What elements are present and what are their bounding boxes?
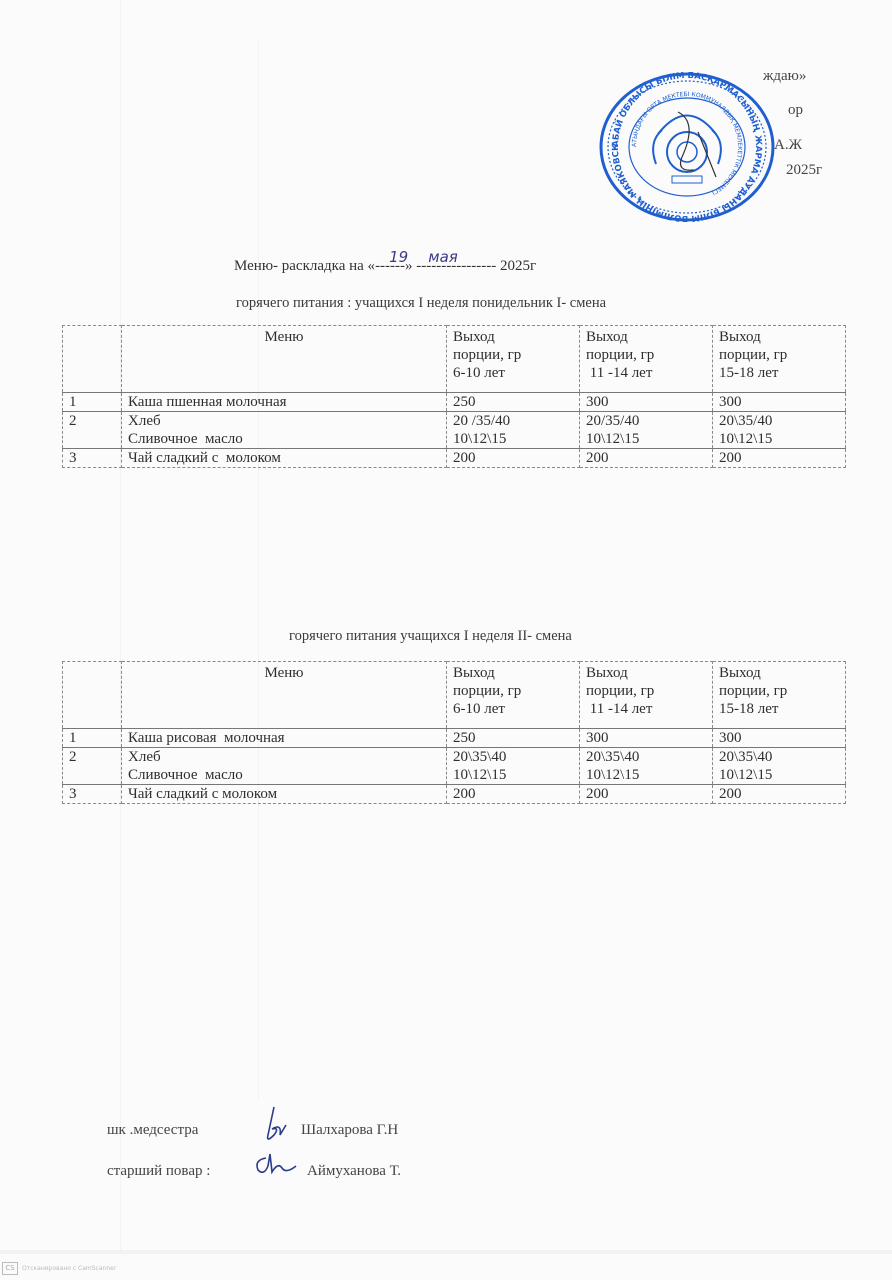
official-stamp-icon: АБАЙ ОБЛЫСЫ БІЛІМ БАСҚАРМАСЫНЫҢ ЖАРМА АУ… — [598, 72, 776, 222]
dish-name: ХлебСливочное масло — [122, 748, 447, 785]
cell-line: 300 — [586, 729, 706, 747]
approval-line-date: 2025г — [786, 162, 822, 179]
cell-line: 200 — [586, 449, 706, 467]
portion-15-18: 20\35\4010\12\15 — [713, 748, 846, 785]
cell-line: Чай сладкий с молоком — [128, 785, 440, 803]
cell-line: 200 — [586, 785, 706, 803]
table-row: 3 Чай сладкий с молоком 200 200 200 — [63, 785, 846, 804]
cell-line: 6-10 лет — [453, 364, 573, 382]
portion-11-14: 20/35/4010\12\15 — [580, 412, 713, 449]
signature-nurse-icon — [258, 1105, 292, 1145]
cell-line: Выход — [719, 664, 839, 682]
cell-line: 20\35\40 — [586, 748, 706, 766]
cell-line: Выход — [586, 328, 706, 346]
signature-name-nurse: Шалхарова Г.Н — [301, 1122, 398, 1139]
row-number: 3 — [63, 785, 122, 804]
table-row: 3 Чай сладкий с молоком 200 200 200 — [63, 449, 846, 468]
signature-name-cook: Аймуханова Т. — [307, 1163, 401, 1180]
signature-role-cook: старший повар : — [107, 1163, 210, 1180]
cell-line: 15-18 лет — [719, 364, 839, 382]
cell-line: Хлеб — [128, 748, 440, 766]
portion-11-14: 200 — [580, 449, 713, 468]
camscanner-logo-icon: CS — [2, 1262, 18, 1275]
cell-line: 20\35/40 — [719, 412, 839, 430]
cell-line: Сливочное масло — [128, 766, 440, 784]
portion-6-10: 20 /35/4010\12\15 — [447, 412, 580, 449]
cell-line: 300 — [719, 393, 839, 411]
dish-name: Чай сладкий с молоком — [122, 785, 447, 804]
header-portion-11-14: Выходпорции, гр 11 -14 лет — [580, 326, 713, 393]
header-portion-15-18: Выходпорции, гр15-18 лет — [713, 326, 846, 393]
cell-line: порции, гр — [586, 682, 706, 700]
cell-line: Каша пшенная молочная — [128, 393, 440, 411]
cell-line: 10\12\15 — [586, 430, 706, 448]
cell-line: 250 — [453, 393, 573, 411]
cell-line: Выход — [719, 328, 839, 346]
portion-15-18: 200 — [713, 785, 846, 804]
cell-line: 10\12\15 — [719, 430, 839, 448]
cell-line: 10\12\15 — [453, 766, 573, 784]
row-number: 1 — [63, 729, 122, 748]
document-title: Меню- раскладка на «------19» ----------… — [234, 258, 536, 275]
table-row: 2 ХлебСливочное масло 20\35\4010\12\15 2… — [63, 748, 846, 785]
table-row: 1 Каша рисовая молочная 250 300 300 — [63, 729, 846, 748]
dish-name: Каша рисовая молочная — [122, 729, 447, 748]
cell-line: Чай сладкий с молоком — [128, 449, 440, 467]
cell-line: 10\12\15 — [586, 766, 706, 784]
dish-name: Каша пшенная молочная — [122, 393, 447, 412]
row-number: 3 — [63, 449, 122, 468]
cell-line: 11 -14 лет — [586, 364, 706, 382]
portion-6-10: 250 — [447, 729, 580, 748]
portion-15-18: 200 — [713, 449, 846, 468]
header-num — [63, 326, 122, 393]
portion-6-10: 200 — [447, 785, 580, 804]
cell-line: порции, гр — [453, 682, 573, 700]
portion-11-14: 300 — [580, 393, 713, 412]
row-number: 1 — [63, 393, 122, 412]
portion-15-18: 300 — [713, 393, 846, 412]
watermark-text: Отсканировано с CamScanner — [22, 1265, 116, 1272]
cell-line: 10\12\15 — [719, 766, 839, 784]
cell-line: 10\12\15 — [453, 430, 573, 448]
portion-15-18: 20\35/4010\12\15 — [713, 412, 846, 449]
cell-line: Выход — [453, 328, 573, 346]
month-field: --------мая — [426, 258, 466, 274]
approval-line-name: А.Ж — [774, 137, 802, 154]
portion-6-10: 200 — [447, 449, 580, 468]
row-number: 2 — [63, 748, 122, 785]
cell-line: Хлеб — [128, 412, 440, 430]
signature-role-nurse: шк .медсестра — [107, 1122, 198, 1139]
menu-table-shift-2: Меню Выходпорции, гр6-10 лет Выходпорции… — [62, 661, 846, 804]
menu-table-shift-1: Меню Выходпорции, гр6-10 лет Выходпорции… — [62, 325, 846, 468]
day-field: ------19 — [375, 258, 405, 274]
handwritten-month: мая — [428, 248, 458, 266]
cell-line: порции, гр — [586, 346, 706, 364]
approval-line-director: ор — [788, 102, 803, 119]
header-portion-6-10: Выходпорции, гр6-10 лет — [447, 326, 580, 393]
cell-line: 20/35/40 — [586, 412, 706, 430]
cell-line: порции, гр — [719, 346, 839, 364]
header-num — [63, 662, 122, 729]
header-portion-6-10: Выходпорции, гр6-10 лет — [447, 662, 580, 729]
cell-line: Выход — [586, 664, 706, 682]
cell-line: порции, гр — [453, 346, 573, 364]
cell-line: 20\35\40 — [453, 748, 573, 766]
cell-line: 200 — [453, 785, 573, 803]
cell-line: 200 — [453, 449, 573, 467]
portion-11-14: 300 — [580, 729, 713, 748]
cell-line: 6-10 лет — [453, 700, 573, 718]
cell-line: 11 -14 лет — [586, 700, 706, 718]
handwritten-day: 19 — [389, 248, 408, 266]
cell-line: Каша рисовая молочная — [128, 729, 440, 747]
scan-artifact — [120, 0, 121, 1250]
cell-line: Выход — [453, 664, 573, 682]
portion-11-14: 200 — [580, 785, 713, 804]
scan-artifact — [258, 40, 259, 1100]
signature-cook-icon — [252, 1150, 298, 1180]
cell-line: 300 — [586, 393, 706, 411]
portion-15-18: 300 — [713, 729, 846, 748]
cell-line: порции, гр — [719, 682, 839, 700]
dish-name: ХлебСливочное масло — [122, 412, 447, 449]
header-menu: Меню — [122, 326, 447, 393]
header-portion-15-18: Выходпорции, гр15-18 лет — [713, 662, 846, 729]
cell-line: 200 — [719, 785, 839, 803]
row-number: 2 — [63, 412, 122, 449]
table-header-row: Меню Выходпорции, гр6-10 лет Выходпорции… — [63, 662, 846, 729]
dish-name: Чай сладкий с молоком — [122, 449, 447, 468]
scanned-document: ждаю» ор А.Ж 2025г АБАЙ ОБЛЫСЫ БІЛІМ БАС… — [0, 0, 892, 1280]
cell-line: 20 /35/40 — [453, 412, 573, 430]
header-menu: Меню — [122, 662, 447, 729]
cell-line: 15-18 лет — [719, 700, 839, 718]
portion-11-14: 20\35\4010\12\15 — [580, 748, 713, 785]
scan-artifact — [0, 1250, 892, 1254]
portion-6-10: 20\35\4010\12\15 — [447, 748, 580, 785]
table-1-subtitle: горячего питания : учащихся I неделя пон… — [236, 295, 606, 312]
cell-line: 300 — [719, 729, 839, 747]
camscanner-watermark: CS Отсканировано с CamScanner — [2, 1262, 116, 1275]
cell-line: Сливочное масло — [128, 430, 440, 448]
header-portion-11-14: Выходпорции, гр 11 -14 лет — [580, 662, 713, 729]
table-2-subtitle: горячего питания учащихся I неделя II- с… — [289, 628, 572, 645]
portion-6-10: 250 — [447, 393, 580, 412]
table-row: 2 ХлебСливочное масло 20 /35/4010\12\15 … — [63, 412, 846, 449]
table-row: 1 Каша пшенная молочная 250 300 300 — [63, 393, 846, 412]
cell-line: 250 — [453, 729, 573, 747]
table-header-row: Меню Выходпорции, гр6-10 лет Выходпорции… — [63, 326, 846, 393]
cell-line: 20\35\40 — [719, 748, 839, 766]
cell-line: 200 — [719, 449, 839, 467]
